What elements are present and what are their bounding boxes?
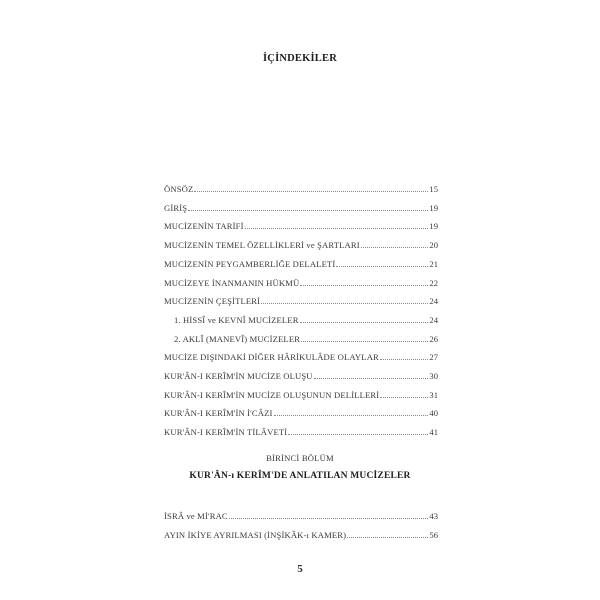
toc-entry: KUR'ÂN-I KERÎM'İN TİLÂVETİ41 <box>164 423 438 437</box>
toc-entry-page: 19 <box>429 221 438 231</box>
toc-entry-title: MUCİZENİN TEMEL ÖZELLİKLERİ ve ŞARTLARI <box>164 240 360 250</box>
dot-leader <box>261 302 428 304</box>
toc-entry-title: KUR'ÂN-I KERÎM'İN MUCİZE OLUŞUNUN DELİLL… <box>164 390 379 400</box>
toc-entry: MUCİZENİN PEYGAMBERLİĞE DELALETİ21 <box>164 255 438 269</box>
toc-entry-page: 19 <box>429 203 438 213</box>
toc-entry-title: AYIN İKİYE AYRILMASI (İNŞİKÂK-ı KAMER) <box>164 530 346 540</box>
toc-entry-title: 1. HİSSÎ ve KEVNÎ MUCİZELER <box>164 315 299 325</box>
dot-leader <box>347 536 428 538</box>
toc-entry: MUCİZEYE İNANMANIN HÜKMÜ22 <box>164 274 438 288</box>
toc-entry: ÖNSÖZ15 <box>164 180 438 194</box>
toc-entry-page: 22 <box>429 278 438 288</box>
toc-entry-page: 27 <box>429 352 438 362</box>
toc-entry: AYIN İKİYE AYRILMASI (İNŞİKÂK-ı KAMER)56 <box>164 526 438 540</box>
toc-entry-title: MUCİZEYE İNANMANIN HÜKMÜ <box>164 278 299 288</box>
toc-entry: 1. HİSSÎ ve KEVNÎ MUCİZELER24 <box>164 311 438 325</box>
dot-leader <box>288 433 428 435</box>
toc-entry: KUR'ÂN-I KERÎM'İN MUCİZE OLUŞU30 <box>164 367 438 381</box>
toc-entry-title: MUCİZE DIŞINDAKİ DİĞER HÂRİKULÂDE OLAYLA… <box>164 352 379 362</box>
page-number: 5 <box>0 563 600 575</box>
toc-entry-title: KUR'ÂN-I KERÎM'İN İ'CÂZI <box>164 408 273 418</box>
toc-entry: 2. AKLÎ (MANEVÎ) MUCİZELER26 <box>164 330 438 344</box>
toc-entry-page: 41 <box>429 427 438 437</box>
toc-entry: İSRÂ ve Mİ'RAC43 <box>164 507 438 521</box>
toc-entry-title: ÖNSÖZ <box>164 184 193 194</box>
dot-leader <box>361 246 429 248</box>
toc-entry-page: 24 <box>429 296 438 306</box>
toc-entry: KUR'ÂN-I KERÎM'İN İ'CÂZI40 <box>164 404 438 418</box>
dot-leader <box>245 227 429 229</box>
toc-entry-page: 20 <box>429 240 438 250</box>
dot-leader <box>380 358 428 360</box>
toc-entry-page: 40 <box>429 408 438 418</box>
dot-leader <box>194 190 428 192</box>
toc-entry-page: 31 <box>429 390 438 400</box>
toc-entry-title: 2. AKLÎ (MANEVÎ) MUCİZELER <box>164 334 300 344</box>
toc-entry-title: MUCİZENİN PEYGAMBERLİĞE DELALETİ <box>164 259 335 269</box>
toc-entry-page: 56 <box>429 530 438 540</box>
toc-entry-title: KUR'ÂN-I KERÎM'İN TİLÂVETİ <box>164 427 287 437</box>
toc-heading: İÇİNDEKİLER <box>0 53 600 64</box>
dot-leader <box>274 414 429 416</box>
dot-leader <box>314 377 429 379</box>
toc-entry-page: 26 <box>429 334 438 344</box>
toc-entry-page: 30 <box>429 371 438 381</box>
dot-leader <box>188 209 428 211</box>
toc-entry-page: 43 <box>429 511 438 521</box>
toc-entry: MUCİZE DIŞINDAKİ DİĞER HÂRİKULÂDE OLAYLA… <box>164 348 438 362</box>
toc-entry-page: 15 <box>429 184 438 194</box>
toc-entry-page: 21 <box>429 259 438 269</box>
part-label: BİRİNCİ BÖLÜM <box>0 453 600 463</box>
toc-entry: MUCİZENİN TARİFİ19 <box>164 217 438 231</box>
dot-leader <box>336 265 428 267</box>
toc-entry: KUR'ÂN-I KERÎM'İN MUCİZE OLUŞUNUN DELİLL… <box>164 386 438 400</box>
toc-entry: MUCİZENİN ÇEŞİTLERİ24 <box>164 292 438 306</box>
toc-entry-title: KUR'ÂN-I KERÎM'İN MUCİZE OLUŞU <box>164 371 313 381</box>
toc-entry: MUCİZENİN TEMEL ÖZELLİKLERİ ve ŞARTLARI2… <box>164 236 438 250</box>
toc-entry-title: GİRİŞ <box>164 203 187 213</box>
part-title: KUR'ÂN-ı KERÎM'DE ANLATILAN MUCİZELER <box>0 471 600 481</box>
dot-leader <box>380 396 428 398</box>
toc-entry-title: MUCİZENİN ÇEŞİTLERİ <box>164 296 260 306</box>
toc-entry-title: MUCİZENİN TARİFİ <box>164 221 244 231</box>
dot-leader <box>300 284 428 286</box>
toc-entry-page: 24 <box>429 315 438 325</box>
toc-entry-title: İSRÂ ve Mİ'RAC <box>164 511 228 521</box>
dot-leader <box>229 517 429 519</box>
dot-leader <box>300 321 429 323</box>
dot-leader <box>301 340 428 342</box>
toc-entry: GİRİŞ19 <box>164 199 438 213</box>
